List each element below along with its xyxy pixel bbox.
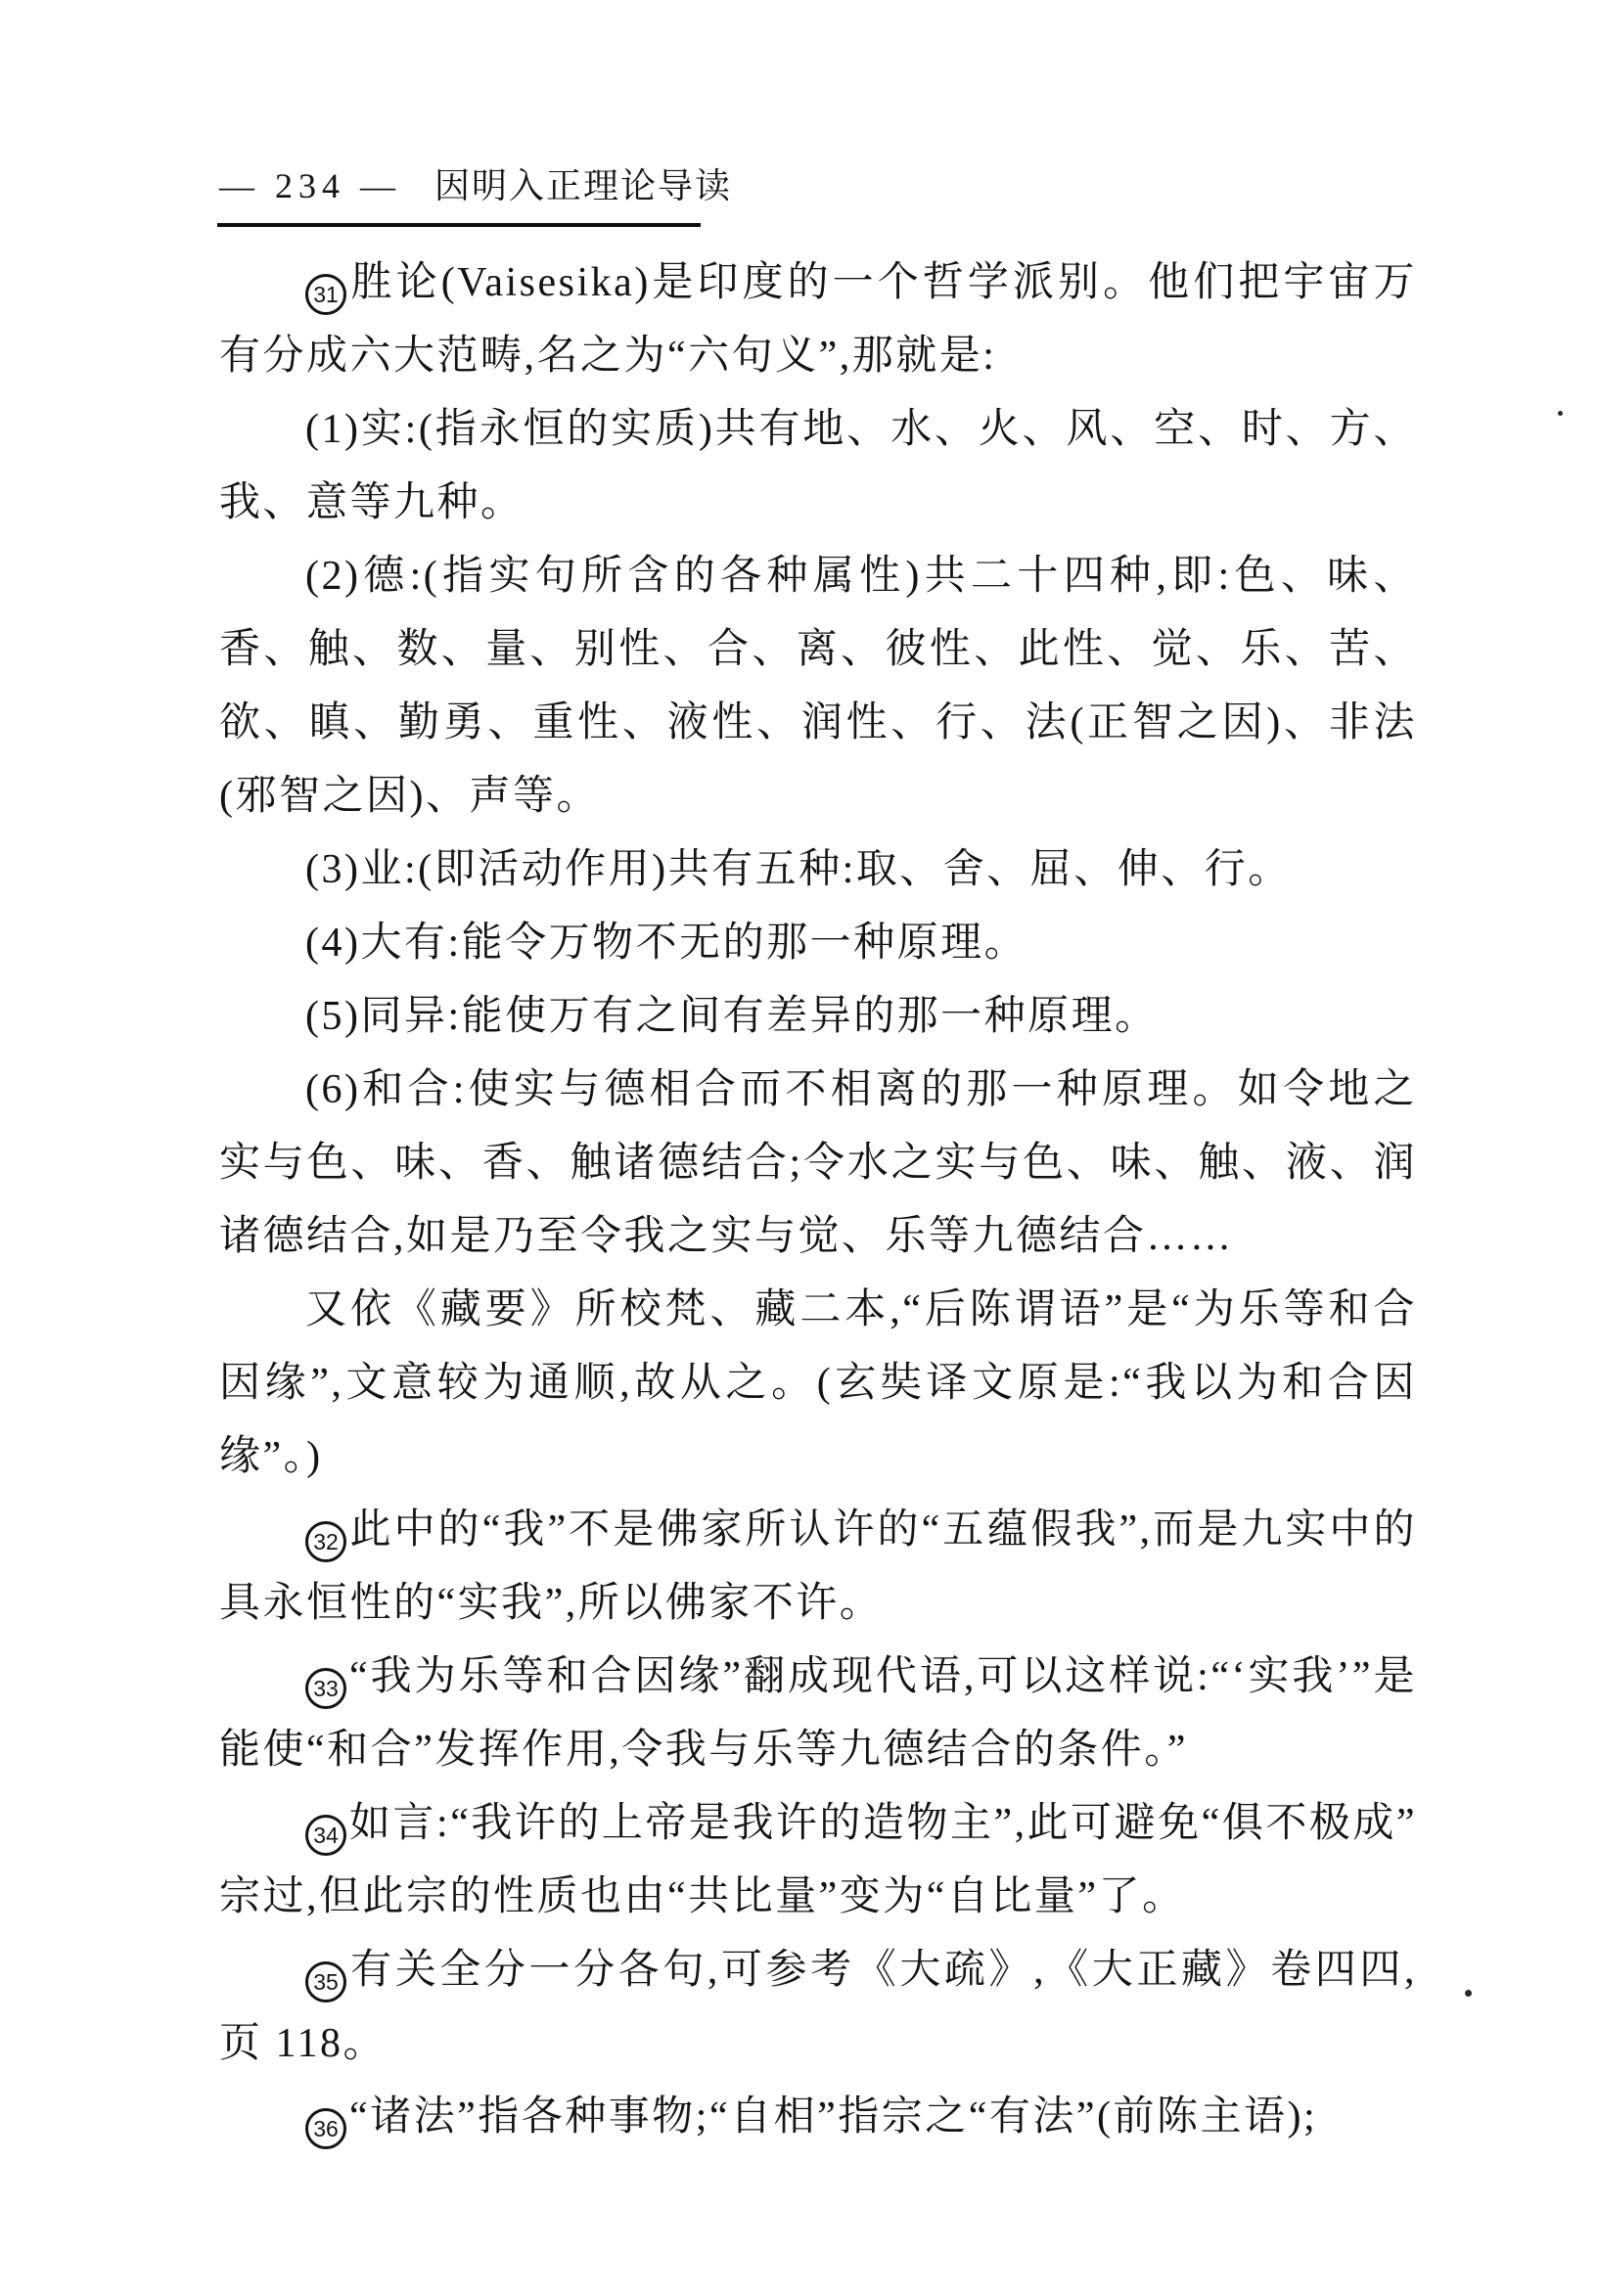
paragraph: 35有关全分一分各句,可参考《大疏》,《大正藏》卷四四,页 118。 <box>219 1934 1417 2081</box>
paragraph: 33“我为乐等和合因缘”翻成现代语,可以这样说:“‘实我’”是能使“和合”发挥作… <box>219 1641 1417 1787</box>
scan-speck <box>1465 1990 1472 1997</box>
paragraph: (2)德:(指实句所含的各种属性)共二十四种,即:色、味、香、触、数、量、别性、… <box>219 540 1417 833</box>
paragraph-text: (2)德:(指实句所含的各种属性)共二十四种,即:色、味、香、触、数、量、别性、… <box>219 554 1417 819</box>
paragraph: 32此中的“我”不是佛家所认许的“五蕴假我”,而是九实中的具永恒性的“实我”,所… <box>219 1494 1417 1641</box>
paragraph: 36“诸法”指各种事物;“自相”指宗之“有法”(前陈主语); <box>219 2081 1417 2154</box>
page-number: — 234 — <box>219 165 401 206</box>
scanned-book-page: — 234 — 因明入正理论导读 31胜论(Vaisesika)是印度的一个哲学… <box>0 0 1597 2296</box>
paragraph: (4)大有:能令万物不无的那一种原理。 <box>219 907 1417 980</box>
footnote-number-badge: 33 <box>305 1668 346 1709</box>
paragraph-text: 又依《藏要》所校梵、藏二本,“后陈谓语”是“为乐等和合因缘”,文意较为通顺,故从… <box>219 1287 1417 1479</box>
paragraph: 又依《藏要》所校梵、藏二本,“后陈谓语”是“为乐等和合因缘”,文意较为通顺,故从… <box>219 1274 1417 1494</box>
page-body: 31胜论(Vaisesika)是印度的一个哲学派别。他们把宇宙万有分成六大范畴,… <box>219 247 1417 2154</box>
paragraph-text: 如言:“我许的上帝是我许的造物主”,此可避免“俱不极成”宗过,但此宗的性质也由“… <box>219 1801 1417 1919</box>
paragraph-text: 有关全分一分各句,可参考《大疏》,《大正藏》卷四四,页 118。 <box>219 1948 1417 2066</box>
header-rule <box>217 223 701 227</box>
footnote-number-badge: 32 <box>305 1521 346 1562</box>
paragraph: (5)同异:能使万有之间有差异的那一种原理。 <box>219 980 1417 1054</box>
paragraph-text: (3)业:(即活动作用)共有五种:取、舍、屈、伸、行。 <box>305 847 1292 892</box>
paragraph: (6)和合:使实与德相合而不相离的那一种原理。如令地之实与色、味、香、触诸德结合… <box>219 1054 1417 1274</box>
footnote-number-badge: 34 <box>305 1815 346 1856</box>
paragraph: 34如言:“我许的上帝是我许的造物主”,此可避免“俱不极成”宗过,但此宗的性质也… <box>219 1787 1417 1934</box>
paragraph-text: (6)和合:使实与德相合而不相离的那一种原理。如令地之实与色、味、香、触诸德结合… <box>219 1067 1417 1259</box>
paragraph: 31胜论(Vaisesika)是印度的一个哲学派别。他们把宇宙万有分成六大范畴,… <box>219 247 1417 393</box>
paragraph-text: “我为乐等和合因缘”翻成现代语,可以这样说:“‘实我’”是能使“和合”发挥作用,… <box>219 1654 1417 1773</box>
footnote-number-badge: 35 <box>305 1961 346 2003</box>
page-header: — 234 — 因明入正理论导读 <box>219 158 732 208</box>
paragraph: (3)业:(即活动作用)共有五种:取、舍、屈、伸、行。 <box>219 833 1417 907</box>
book-title: 因明入正理论导读 <box>434 158 732 208</box>
paragraph-text: (1)实:(指永恒的实质)共有地、水、火、风、空、时、方、我、意等九种。 <box>219 407 1417 525</box>
paragraph-text: 此中的“我”不是佛家所认许的“五蕴假我”,而是九实中的具永恒性的“实我”,所以佛… <box>219 1508 1417 1626</box>
footnote-number-badge: 31 <box>305 274 346 315</box>
paragraph-text: (5)同异:能使万有之间有差异的那一种原理。 <box>305 994 1159 1039</box>
paragraph-text: “诸法”指各种事物;“自相”指宗之“有法”(前陈主语); <box>349 2094 1317 2139</box>
footnote-number-badge: 36 <box>305 2108 346 2149</box>
paragraph: (1)实:(指永恒的实质)共有地、水、火、风、空、时、方、我、意等九种。 <box>219 393 1417 540</box>
scan-speck <box>1558 411 1563 416</box>
paragraph-text: 胜论(Vaisesika)是印度的一个哲学派别。他们把宇宙万有分成六大范畴,名之… <box>219 260 1417 379</box>
paragraph-text: (4)大有:能令万物不无的那一种原理。 <box>305 921 1027 966</box>
